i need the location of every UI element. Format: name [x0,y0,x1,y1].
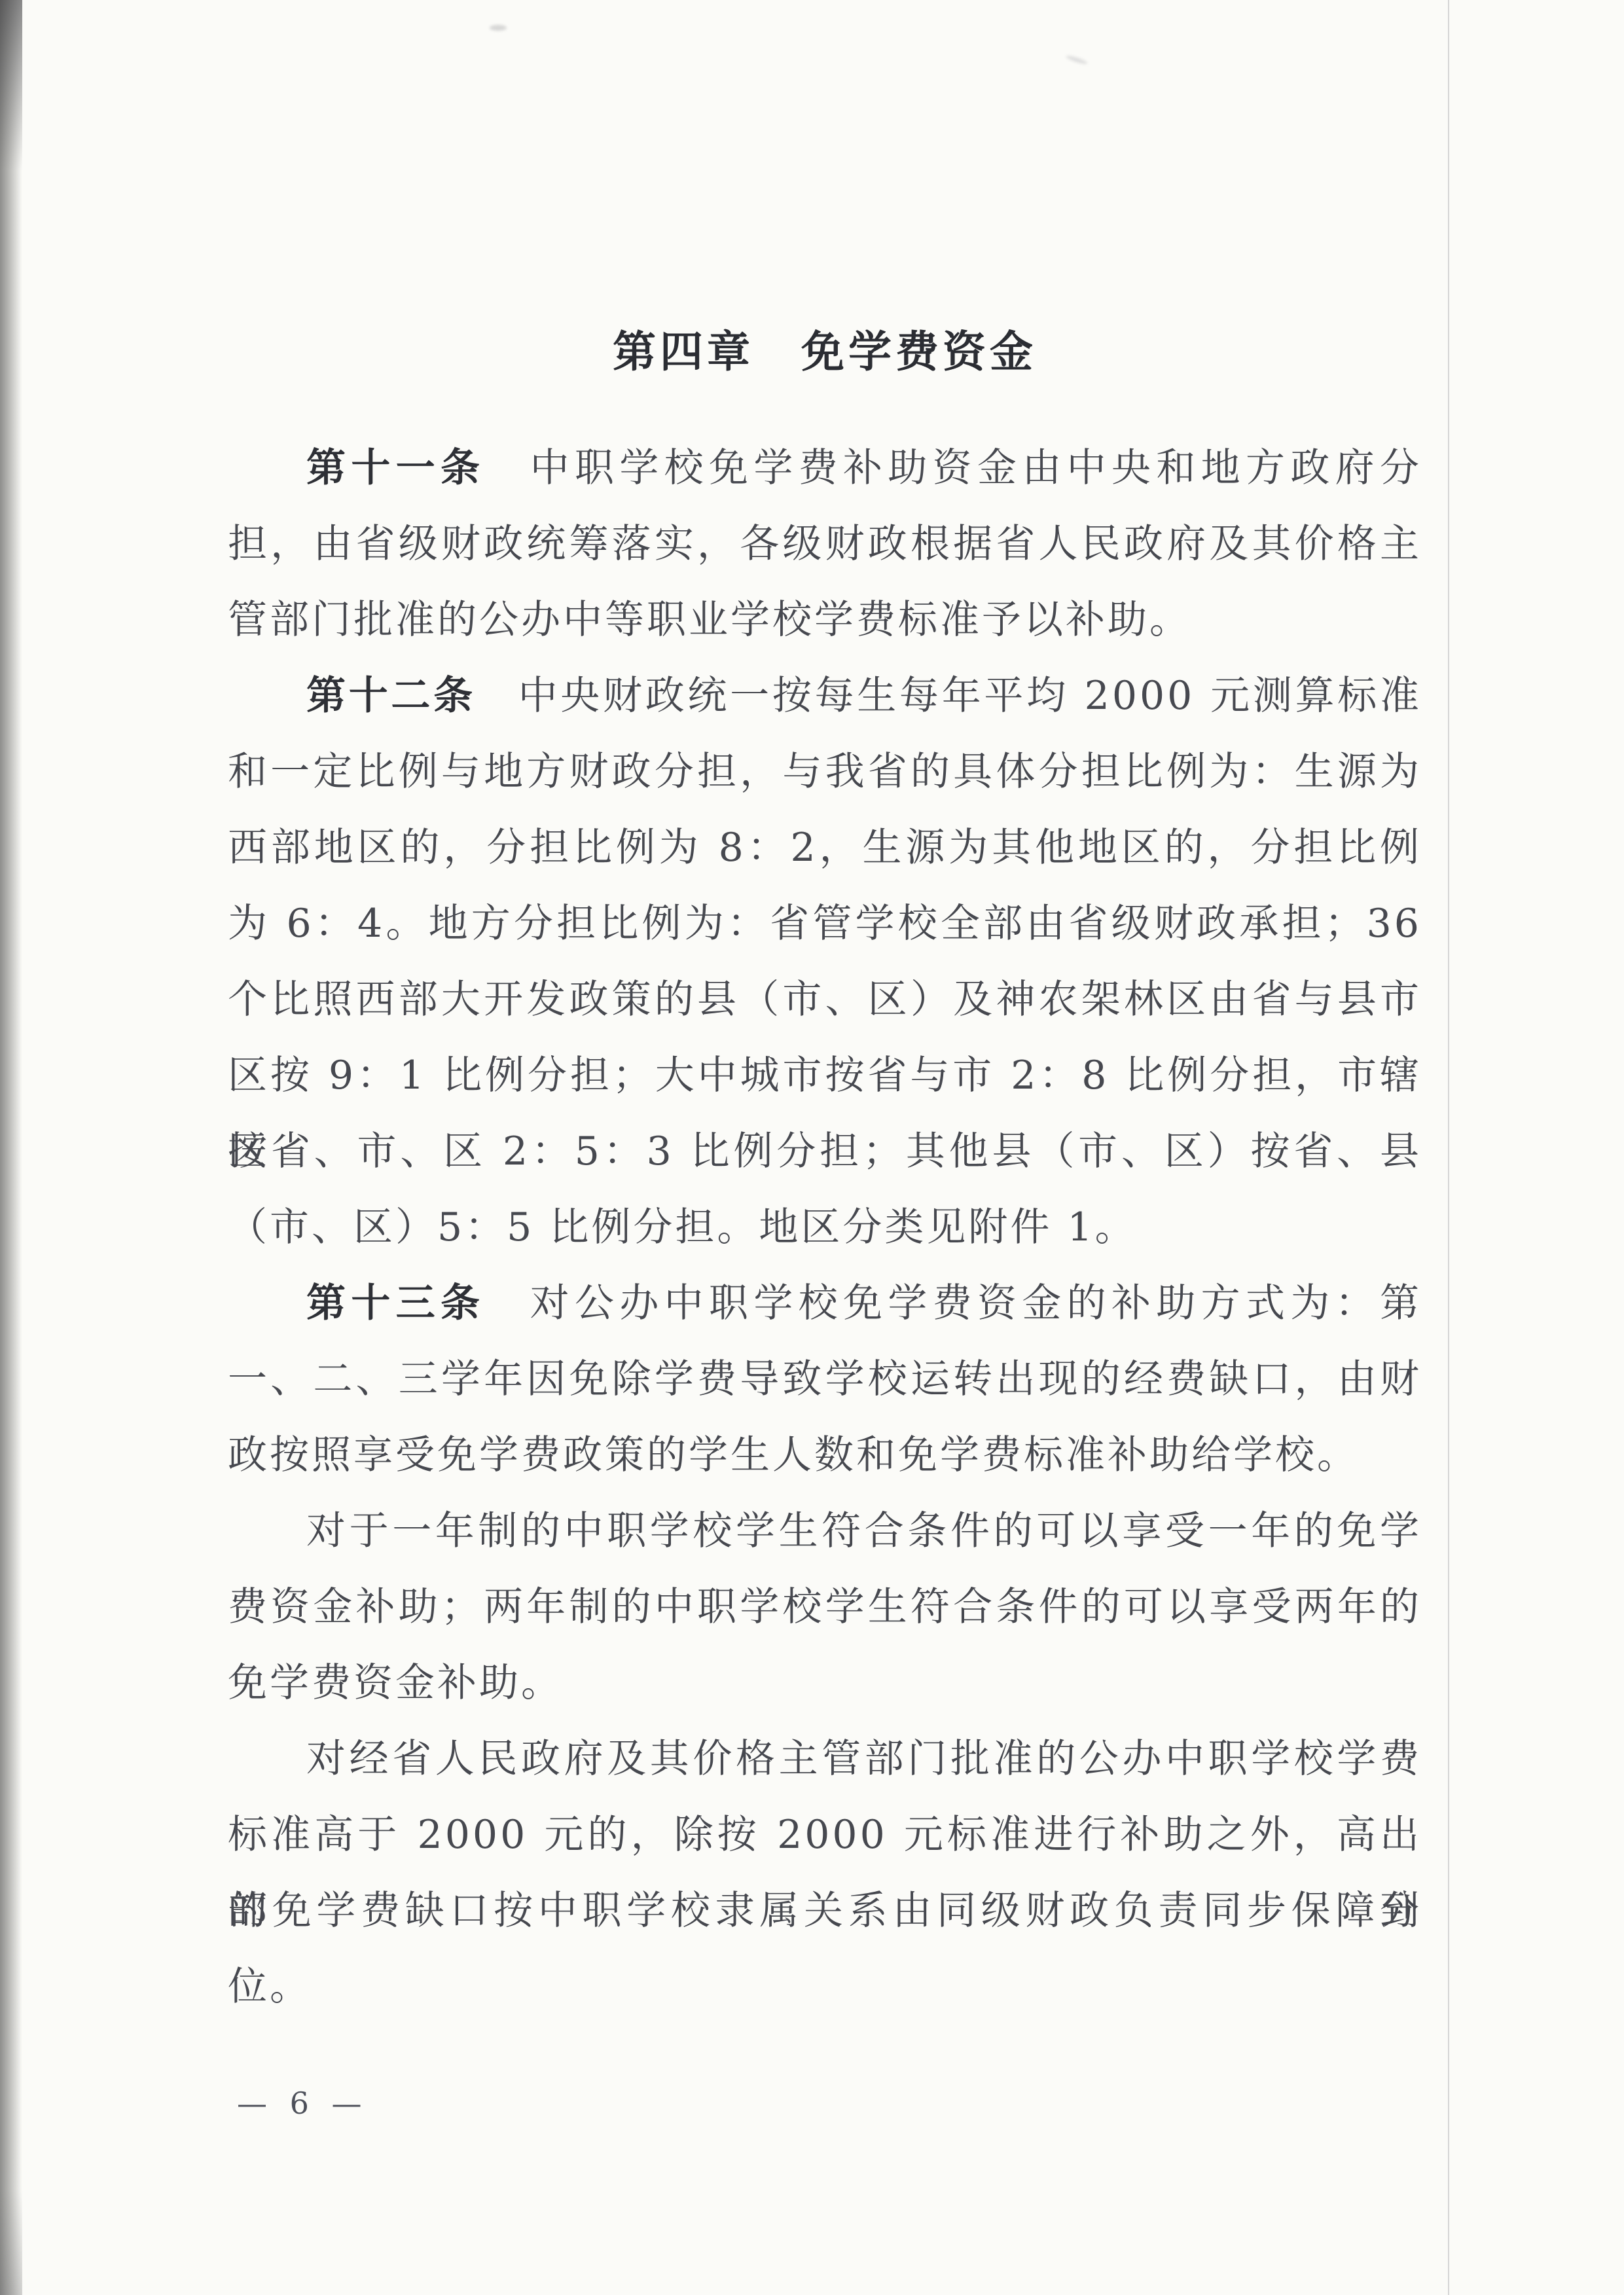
text-line: 第十一条 中职学校免学费补助资金由中央和地方政府分 [228,430,1422,506]
line-text: 位。 [228,1964,312,2010]
scan-artifact [1066,54,1088,65]
text-line: 按省、市、区 2：5：3 比例分担；其他县（市、区）按省、县 [228,1113,1422,1189]
text-line: 第十二条 中央财政统一按每生每年平均 2000 元测算标准 [228,658,1422,734]
text-line: 费资金补助；两年制的中职学校学生符合条件的可以享受两年的 [228,1569,1422,1645]
line-text: 个比照西部大开发政策的县（市、区）及神农架林区由省与县市 [228,977,1422,1022]
text-line: 位。 [228,1949,1422,2025]
line-text: 中央财政统一按每生每年平均 2000 元测算标准 [476,673,1422,719]
document-body: 第十一条 中职学校免学费补助资金由中央和地方政府分担，由省级财政统筹落实，各级财… [228,430,1422,2025]
document-content: 第四章 免学费资金 第十一条 中职学校免学费补助资金由中央和地方政府分担，由省级… [228,314,1422,2025]
text-line: 第十三条 对公办中职学校免学费资金的补助方式为：第 [228,1265,1422,1341]
scanned-page: 第四章 免学费资金 第十一条 中职学校免学费补助资金由中央和地方政府分担，由省级… [0,0,1624,2295]
text-line: 担，由省级财政统筹落实，各级财政根据省人民政府及其价格主 [228,506,1422,582]
line-text: 西部地区的，分担比例为 8：2，生源为其他地区的，分担比例 [228,825,1422,871]
line-text: 对经省人民政府及其价格主管部门批准的公办中职学校学费 [306,1736,1422,1782]
article-number: 第十二条 [306,673,476,719]
line-text: 免学费资金补助。 [228,1660,563,1706]
text-line: 政按照享受免学费政策的学生人数和免学费标准补助给学校。 [228,1417,1422,1493]
text-line: 个比照西部大开发政策的县（市、区）及神农架林区由省与县市 [228,962,1422,1038]
article-number: 第十三条 [306,1280,485,1326]
page-edge-line-right [1448,0,1449,2295]
line-text: 一、二、三学年因免除学费导致学校运转出现的经费缺口，由财 [228,1356,1422,1402]
line-text: 费资金补助；两年制的中职学校学生符合条件的可以享受两年的 [228,1584,1422,1630]
text-line: 免学费资金补助。 [228,1645,1422,1721]
text-line: 对经省人民政府及其价格主管部门批准的公办中职学校学费 [228,1721,1422,1797]
line-text: 对于一年制的中职学校学生符合条件的可以享受一年的免学 [306,1508,1422,1554]
line-text: 对公办中职学校免学费资金的补助方式为：第 [485,1280,1422,1326]
line-text: 为 6：4。地方分担比例为：省管学校全部由省级财政承担；36 [228,901,1422,947]
scan-edge-shadow-left [0,0,22,2295]
text-line: 区按 9：1 比例分担；大中城市按省与市 2：8 比例分担，市辖区 [228,1038,1422,1113]
page-number: — 6 — [237,2086,369,2121]
scan-artifact [490,25,507,31]
chapter-title: 第四章 免学费资金 [228,314,1422,390]
article-number: 第十一条 [306,445,485,491]
line-text: 政按照享受免学费政策的学生人数和免学费标准补助给学校。 [228,1432,1359,1478]
text-line: 西部地区的，分担比例为 8：2，生源为其他地区的，分担比例 [228,810,1422,886]
text-line: 一、二、三学年因免除学费导致学校运转出现的经费缺口，由财 [228,1341,1422,1417]
text-line: 管部门批准的公办中等职业学校学费标准予以补助。 [228,582,1422,658]
text-line: 的免学费缺口按中职学校隶属关系由同级财政负责同步保障到 [228,1873,1422,1949]
line-text: 和一定比例与地方财政分担，与我省的具体分担比例为：生源为 [228,749,1422,795]
line-text: 的免学费缺口按中职学校隶属关系由同级财政负责同步保障到 [228,1888,1422,1934]
text-line: 和一定比例与地方财政分担，与我省的具体分担比例为：生源为 [228,734,1422,810]
text-line: （市、区）5：5 比例分担。地区分类见附件 1。 [228,1189,1422,1265]
text-line: 标准高于 2000 元的，除按 2000 元标准进行补助之外，高出部分 [228,1797,1422,1873]
line-text: 按省、市、区 2：5：3 比例分担；其他县（市、区）按省、县 [228,1129,1422,1174]
text-line: 对于一年制的中职学校学生符合条件的可以享受一年的免学 [228,1493,1422,1569]
line-text: 担，由省级财政统筹落实，各级财政根据省人民政府及其价格主 [228,521,1422,567]
line-text: 中职学校免学费补助资金由中央和地方政府分 [485,445,1422,491]
line-text: 管部门批准的公办中等职业学校学费标准予以补助。 [228,597,1191,643]
text-line: 为 6：4。地方分担比例为：省管学校全部由省级财政承担；36 [228,886,1422,962]
line-text: （市、区）5：5 比例分担。地区分类见附件 1。 [228,1204,1137,1250]
